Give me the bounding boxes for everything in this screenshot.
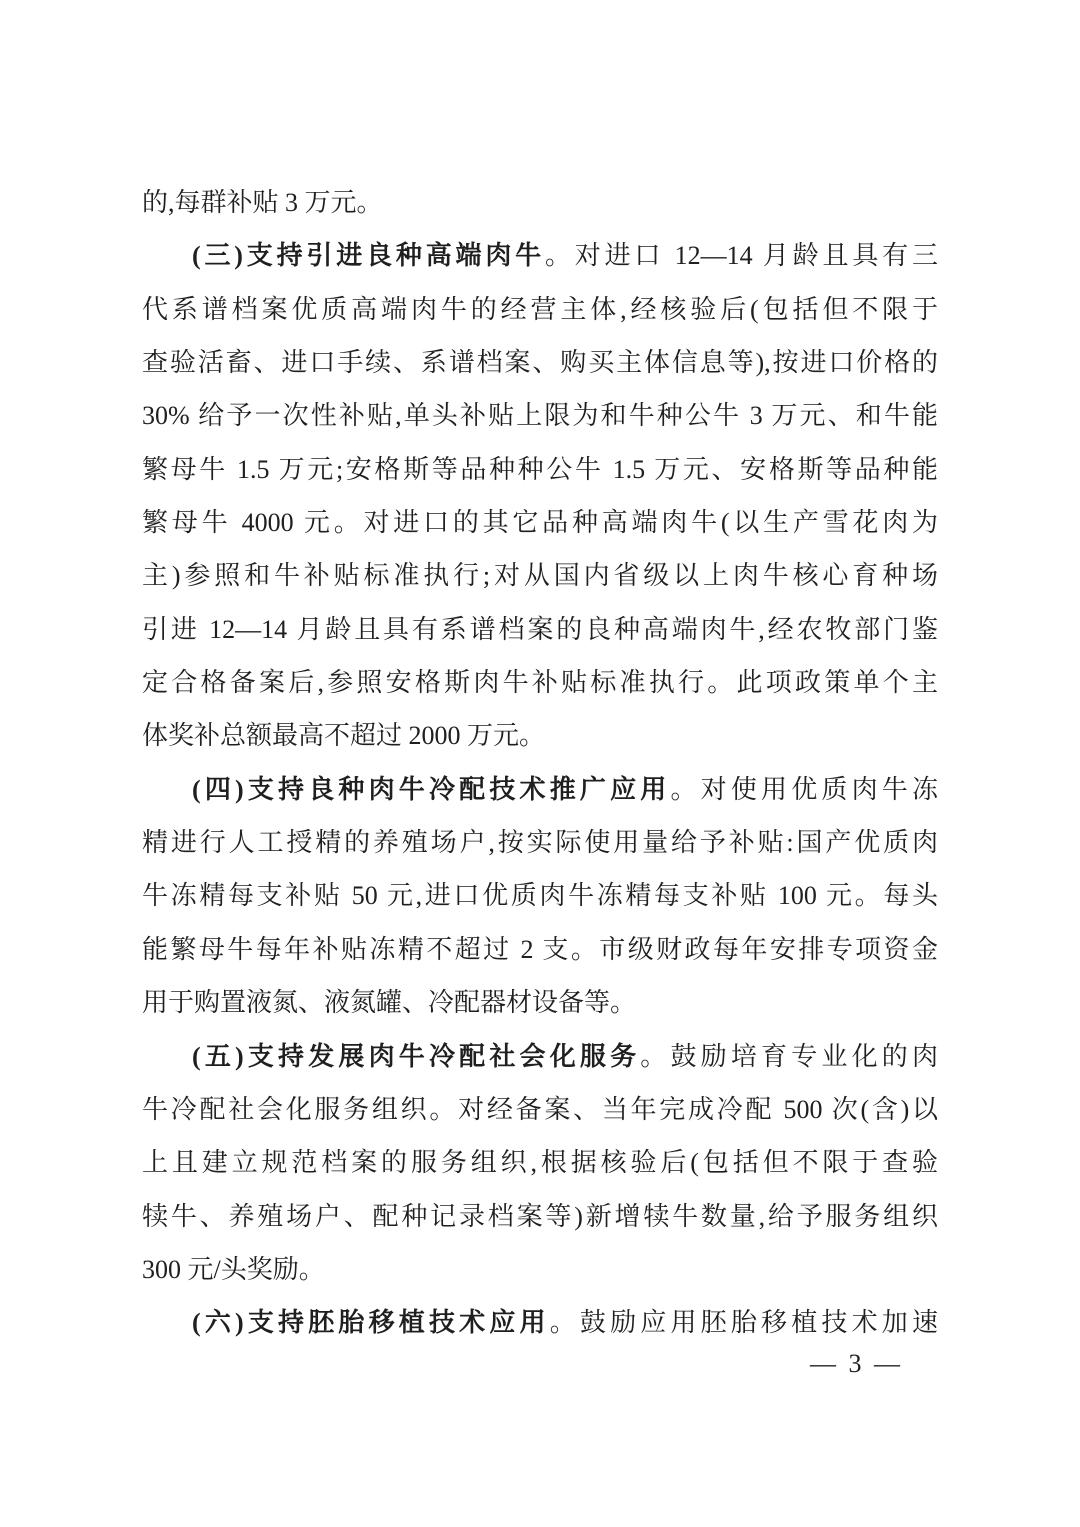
text-run: 精进行人工授精的养殖场户,按实际使用量给予补贴:国产优质肉 [142,828,938,857]
text-line: 犊牛、养殖场户、配种记录档案等)新增犊牛数量,给予服务组织 [142,1190,938,1243]
paragraph-start-line: (六)支持胚胎移植技术应用。鼓励应用胚胎移植技术加速 [142,1296,938,1349]
text-run: 查验活畜、进口手续、系谱档案、购买主体信息等),按进口价格的 [142,348,938,377]
text-run: 繁母牛 1.5 万元;安格斯等品种种公牛 1.5 万元、安格斯等品种能 [142,455,938,484]
text-line: 繁母牛 1.5 万元;安格斯等品种种公牛 1.5 万元、安格斯等品种能 [142,443,938,496]
text-run: 牛冻精每支补贴 50 元,进口优质肉牛冻精每支补贴 100 元。每头 [142,881,938,910]
text-line: 30% 给予一次性补贴,单头补贴上限为和牛种公牛 3 万元、和牛能 [142,389,938,442]
section-heading-6: (六)支持胚胎移植技术应用 [192,1308,550,1337]
text-run: 代系谱档案优质高端肉牛的经营主体,经核验后(包括但不限于 [142,295,938,324]
text-run: 。对进口 12—14 月龄且具有三 [545,241,938,270]
section-heading-3: (三)支持引进良种高端肉牛 [192,241,545,270]
text-run: 。鼓励应用胚胎移植技术加速 [550,1308,938,1337]
text-run: 。鼓励培育专业化的肉 [640,1042,938,1071]
paragraph-start-line: (五)支持发展肉牛冷配社会化服务。鼓励培育专业化的肉 [142,1030,938,1083]
text-line: 的,每群补贴 3 万元。 [142,176,938,229]
section-heading-5: (五)支持发展肉牛冷配社会化服务 [192,1042,640,1071]
text-line: 引进 12—14 月龄且具有系谱档案的良种高端肉牛,经农牧部门鉴 [142,603,938,656]
text-run: 的,每群补贴 3 万元。 [142,188,383,217]
paragraph-start-line: (四)支持良种肉牛冷配技术推广应用。对使用优质肉牛冻 [142,763,938,816]
text-line: 牛冷配社会化服务组织。对经备案、当年完成冷配 500 次(含)以 [142,1083,938,1136]
text-line: 牛冻精每支补贴 50 元,进口优质肉牛冻精每支补贴 100 元。每头 [142,869,938,922]
text-run: 主)参照和牛补贴标准执行;对从国内省级以上肉牛核心育种场 [142,561,938,590]
paragraph-start-line: (三)支持引进良种高端肉牛。对进口 12—14 月龄且具有三 [142,229,938,282]
text-line: 主)参照和牛补贴标准执行;对从国内省级以上肉牛核心育种场 [142,549,938,602]
text-run: 30% 给予一次性补贴,单头补贴上限为和牛种公牛 3 万元、和牛能 [142,401,938,430]
page-number: — 3 — [810,1349,903,1379]
text-line: 能繁母牛每年补贴冻精不超过 2 支。市级财政每年安排专项资金 [142,923,938,976]
text-run: 300 元/头奖励。 [142,1255,325,1284]
text-line: 上且建立规范档案的服务组织,根据核验后(包括但不限于查验 [142,1136,938,1189]
text-line: 代系谱档案优质高端肉牛的经营主体,经核验后(包括但不限于 [142,283,938,336]
text-line: 查验活畜、进口手续、系谱档案、购买主体信息等),按进口价格的 [142,336,938,389]
text-run: 上且建立规范档案的服务组织,根据核验后(包括但不限于查验 [142,1148,938,1177]
text-line: 精进行人工授精的养殖场户,按实际使用量给予补贴:国产优质肉 [142,816,938,869]
text-run: 牛冷配社会化服务组织。对经备案、当年完成冷配 500 次(含)以 [142,1095,938,1124]
scanned-document-page: 的,每群补贴 3 万元。 (三)支持引进良种高端肉牛。对进口 12—14 月龄且… [0,0,1080,1527]
text-run: 能繁母牛每年补贴冻精不超过 2 支。市级财政每年安排专项资金 [142,935,938,964]
text-run: 犊牛、养殖场户、配种记录档案等)新增犊牛数量,给予服务组织 [142,1202,938,1231]
text-run: 定合格备案后,参照安格斯肉牛补贴标准执行。此项政策单个主 [142,668,938,697]
document-body: 的,每群补贴 3 万元。 (三)支持引进良种高端肉牛。对进口 12—14 月龄且… [142,176,938,1350]
text-line: 定合格备案后,参照安格斯肉牛补贴标准执行。此项政策单个主 [142,656,938,709]
text-run: 体奖补总额最高不超过 2000 万元。 [142,721,545,750]
text-run: 繁母牛 4000 元。对进口的其它品种高端肉牛(以生产雪花肉为 [142,508,938,537]
text-run: 用于购置液氮、液氮罐、冷配器材设备等。 [142,988,636,1017]
text-line: 用于购置液氮、液氮罐、冷配器材设备等。 [142,976,938,1029]
text-run: 。对使用优质肉牛冻 [670,775,938,804]
text-line: 繁母牛 4000 元。对进口的其它品种高端肉牛(以生产雪花肉为 [142,496,938,549]
text-run: 引进 12—14 月龄且具有系谱档案的良种高端肉牛,经农牧部门鉴 [142,615,938,644]
section-heading-4: (四)支持良种肉牛冷配技术推广应用 [192,775,670,804]
text-line: 300 元/头奖励。 [142,1243,938,1296]
text-line: 体奖补总额最高不超过 2000 万元。 [142,709,938,762]
